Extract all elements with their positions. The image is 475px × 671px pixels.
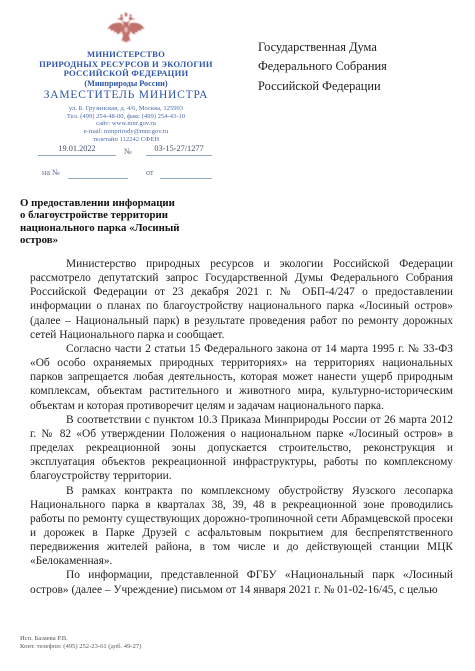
body-paragraph: Согласно части 2 статьи 15 Федерального …: [30, 342, 453, 413]
body-paragraph: По информации, представленной ФГБУ «Наци…: [30, 568, 453, 596]
letter-subject: О предоставлении информации о благоустро…: [20, 197, 200, 246]
body-paragraph: В рамках контракта по комплексному обуст…: [30, 484, 453, 569]
coat-of-arms-icon: [105, 10, 147, 48]
recipient-line: Российской Федерации: [258, 77, 438, 96]
reply-date-blank: [160, 166, 212, 179]
letterhead-site: сайт: www.mnr.gov.ru: [12, 120, 240, 128]
letterhead-teletype: телетайп 112242 СФЕН: [12, 136, 240, 144]
body-paragraph: Министерство природных ресурсов и эколог…: [30, 257, 453, 342]
scanned-letter-page: МИНИСТЕРСТВО ПРИРОДНЫХ РЕСУРСОВ И ЭКОЛОГ…: [0, 0, 475, 671]
subject-line: О предоставлении информации: [20, 197, 200, 209]
executor-name: Исп. Базаева Р.В.: [20, 635, 141, 643]
recipient-line: Федерального Собрания: [258, 57, 438, 76]
letter-date: 19.01.2022: [38, 144, 116, 156]
ministry-name-line3: РОССИЙСКОЙ ФЕДЕРАЦИИ: [12, 69, 240, 79]
subject-line: о благоустройстве территории: [20, 209, 200, 221]
reply-to-label: на №: [42, 168, 60, 177]
reply-number-blank: [68, 166, 128, 179]
letter-footer: Исп. Базаева Р.В. Конт. телефон: (495) 2…: [20, 635, 141, 651]
letterhead: МИНИСТЕРСТВО ПРИРОДНЫХ РЕСУРСОВ И ЭКОЛОГ…: [12, 10, 240, 144]
letterhead-address: ул. Б. Грузинская, д. 4/6, Москва, 12599…: [12, 105, 240, 113]
subject-line: остров»: [20, 234, 200, 246]
official-title: ЗАМЕСТИТЕЛЬ МИНИСТРА: [12, 89, 240, 103]
body-paragraph: В соответствии с пунктом 10.3 Приказа Ми…: [30, 413, 453, 484]
ministry-short-name: (Минприроды России): [12, 79, 240, 89]
letterhead-phone: Тел. (499) 254-48-00, факс (499) 254-43-…: [12, 113, 240, 121]
recipient-block: Государственная Дума Федерального Собран…: [258, 38, 438, 96]
executor-phone: Конт. телефон: (495) 252-23-61 (доб. 49-…: [20, 643, 141, 651]
letter-number: 03-15-27/1277: [146, 144, 212, 156]
subject-line: национального парка «Лосиный: [20, 222, 200, 234]
letterhead-email: e-mail: minprirody@mnr.gov.ru: [12, 128, 240, 136]
recipient-line: Государственная Дума: [258, 38, 438, 57]
letter-body: Министерство природных ресурсов и эколог…: [30, 257, 453, 597]
number-sign: №: [124, 147, 132, 156]
reply-from-label: от: [146, 168, 154, 177]
